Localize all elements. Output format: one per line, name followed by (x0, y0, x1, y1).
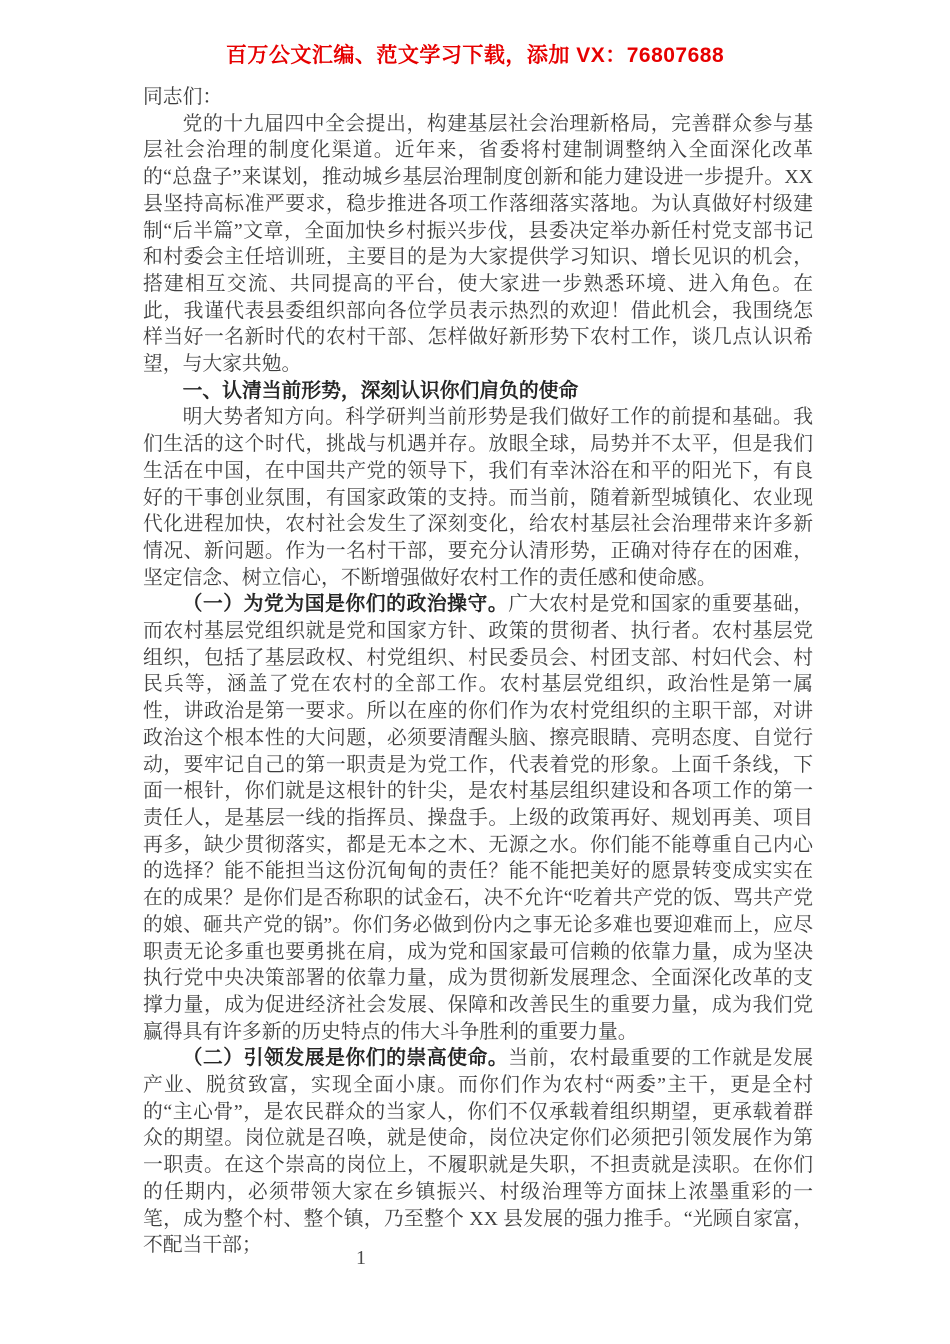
document-page: 百万公文汇编、范文学习下载，添加 VX：76807688 同志们： 党的十九届四… (0, 0, 950, 1344)
section-heading: 一、认清当前形势，深刻认识你们肩负的使命 (143, 378, 813, 405)
salutation: 同志们： (143, 84, 813, 111)
page-number: 1 (356, 1246, 366, 1270)
paragraph: （二）引领发展是你们的崇高使命。当前，农村最重要的工作就是发展产业、脱贫致富，实… (143, 1045, 813, 1259)
paragraph-lead: （一）为党为国是你们的政治操守。 (183, 593, 509, 615)
document-body: 同志们： 党的十九届四中全会提出，构建基层社会治理新格局，完善群众参与基层社会治… (143, 84, 813, 1259)
paragraph: 党的十九届四中全会提出，构建基层社会治理新格局，完善群众参与基层社会治理的制度化… (143, 111, 813, 378)
watermark-notice: 百万公文汇编、范文学习下载，添加 VX：76807688 (0, 42, 950, 70)
paragraph: 明大势者知方向。科学研判当前形势是我们做好工作的前提和基础。我们生活的这个时代，… (143, 404, 813, 591)
paragraph-container: 党的十九届四中全会提出，构建基层社会治理新格局，完善群众参与基层社会治理的制度化… (143, 111, 813, 1259)
paragraph-lead: （二）引领发展是你们的崇高使命。 (183, 1047, 509, 1069)
paragraph: （一）为党为国是你们的政治操守。广大农村是党和国家的重要基础，而农村基层党组织就… (143, 591, 813, 1045)
